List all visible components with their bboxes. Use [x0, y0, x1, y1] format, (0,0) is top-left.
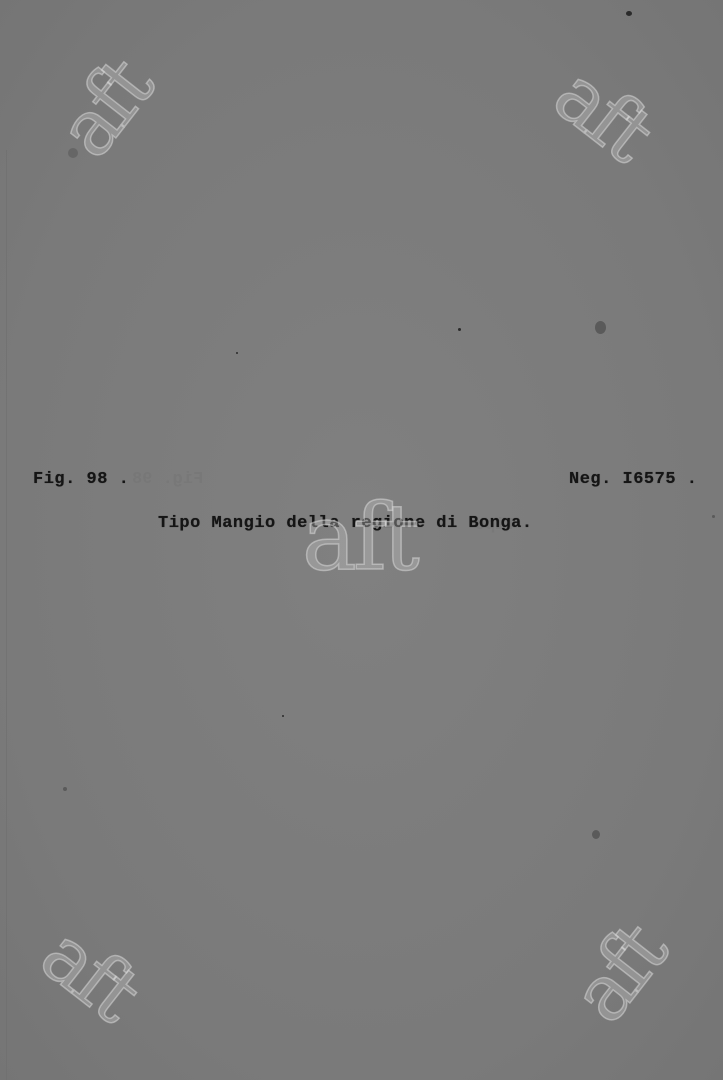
dust-speck [595, 321, 606, 334]
page-edge-line [6, 150, 7, 1080]
bleedthrough-text-left: Fig. 98 [132, 470, 203, 489]
watermark-top-right: aft [541, 54, 664, 174]
dust-speck [282, 715, 284, 717]
dust-speck [236, 352, 238, 354]
negative-number-label: Neg. I6575 . [569, 470, 697, 489]
figure-number-label: Fig. 98 . [33, 470, 129, 489]
dust-speck [63, 787, 67, 791]
dust-speck [592, 830, 600, 839]
dust-speck [68, 148, 78, 158]
watermark-bottom-left: aft [28, 914, 151, 1034]
watermark-bottom-right: aft [559, 913, 679, 1036]
dust-speck [712, 515, 715, 518]
dust-speck [626, 11, 632, 16]
dust-speck [458, 328, 461, 331]
watermark-center: aft [302, 492, 416, 584]
scanned-page: Fig. 98 Tipo Fig. 98 . Neg. I6575 . Tipo… [0, 0, 723, 1080]
watermark-top-left: aft [45, 48, 165, 171]
